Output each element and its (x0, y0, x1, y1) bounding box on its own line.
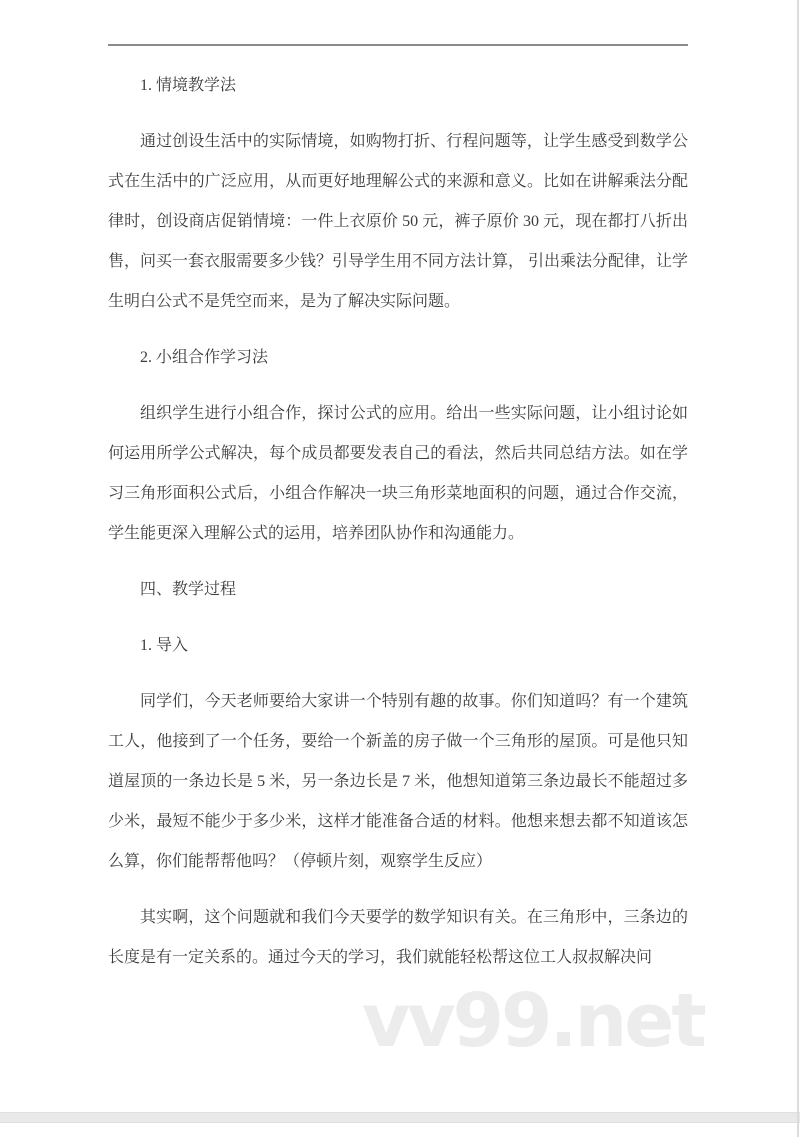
site-watermark: vv99.net (362, 984, 732, 1058)
page-edge-line (797, 0, 799, 1137)
paragraph-introduction-story: 同学们，今天老师要给大家讲一个特别有趣的故事。你们知道吗？有一个建筑工人，他接到… (108, 682, 688, 882)
heading-lesson-introduction: 1. 导入 (108, 626, 688, 666)
horizontal-rule (108, 44, 688, 46)
paragraph-topic-reveal: 其实啊，这个问题就和我们今天要学的数学知识有关。在三角形中，三条边的长度是有一定… (108, 898, 688, 978)
document-text-column: 1. 情境教学法 通过创设生活中的实际情境，如购物打折、行程问题等，让学生感受到… (108, 0, 688, 978)
paragraph-situational-teaching: 通过创设生活中的实际情境，如购物打折、行程问题等，让学生感受到数学公式在生活中的… (108, 122, 688, 322)
document-page: 1. 情境教学法 通过创设生活中的实际情境，如购物打折、行程问题等，让学生感受到… (0, 0, 800, 1137)
heading-teaching-process: 四、教学过程 (108, 570, 688, 610)
heading-group-cooperative-learning: 2. 小组合作学习法 (108, 338, 688, 378)
paragraph-group-cooperative-learning: 组织学生进行小组合作，探讨公式的应用。给出一些实际问题，让小组讨论如何运用所学公… (108, 394, 688, 554)
heading-situational-teaching-method: 1. 情境教学法 (108, 66, 688, 106)
page-separator-strip (0, 1112, 800, 1123)
